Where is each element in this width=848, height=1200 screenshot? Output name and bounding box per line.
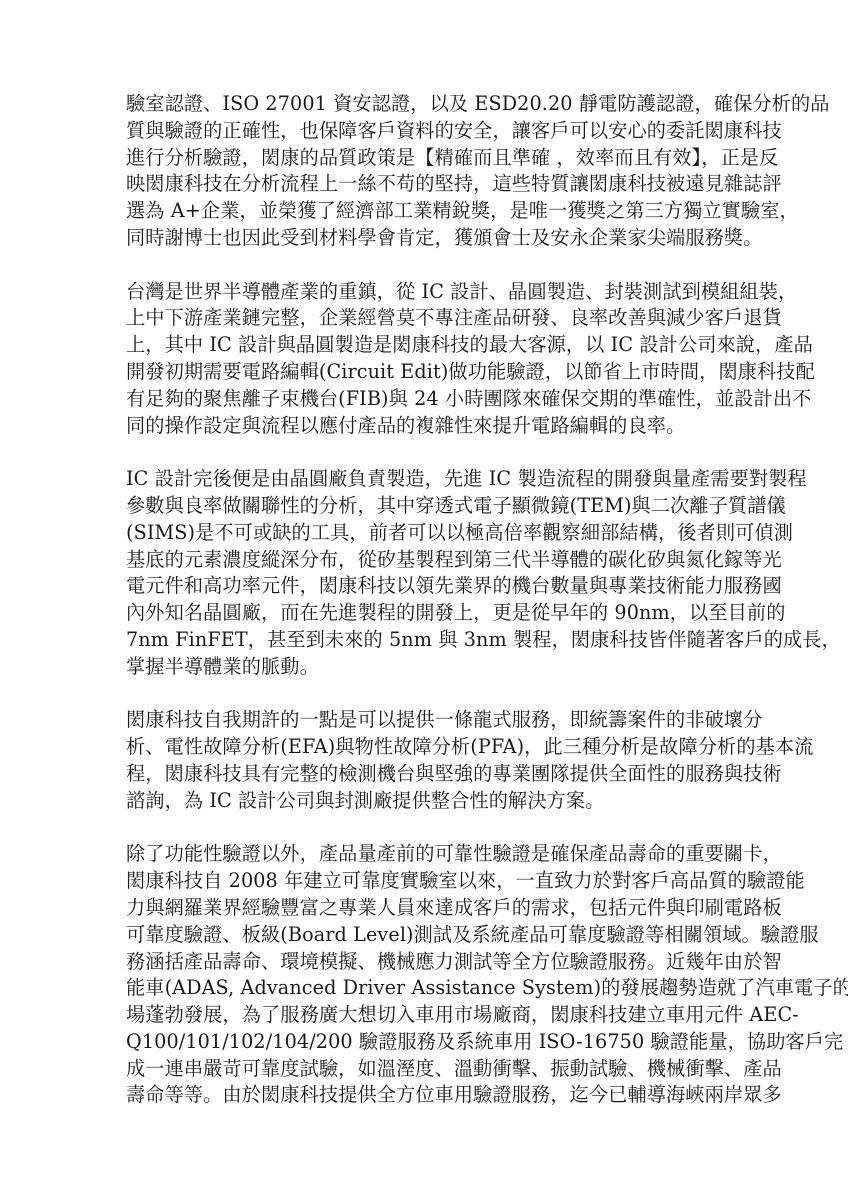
- text-line: 有足夠的聚焦離子束機台(FIB)與 24 小時團隊來確保交期的準確性，並設計出不: [126, 386, 726, 413]
- text-line: 掌握半導體業的脈動。: [126, 654, 726, 681]
- text-line: 諮詢，為 IC 設計公司與封測廠提供整合性的解決方案。: [126, 788, 726, 815]
- text-line: 開發初期需要電路編輯(Circuit Edit)做功能驗證，以節省上市時間，閎康…: [126, 359, 726, 386]
- text-line: 務涵括產品壽命、環境模擬、機械應力測試等全方位驗證服務。近幾年由於智: [126, 949, 726, 976]
- text-line: (SIMS)是不可或缺的工具，前者可以以極高倍率觀察細部結構，後者則可偵測: [126, 520, 726, 547]
- text-line: 內外知名晶圓廠，而在先進製程的開發上，更是從早年的 90nm，以至目前的: [126, 600, 726, 627]
- text-line: 選為 A+企業，並榮獲了經濟部工業精銳獎，是唯一獲獎之第三方獨立實驗室，: [126, 198, 726, 225]
- text-line: 參數與良率做關聯性的分析，其中穿透式電子顯微鏡(TEM)與二次離子質譜儀: [126, 493, 726, 520]
- text-line: 同的操作設定與流程以應付產品的複雜性來提升電路編輯的良率。: [126, 413, 726, 440]
- text-line: 電元件和高功率元件，閎康科技以領先業界的機台數量與專業技術能力服務國: [126, 573, 726, 600]
- text-line: Q100/101/102/104/200 驗證服務及系統車用 ISO-16750…: [126, 1029, 726, 1056]
- paragraph-certifications: 驗室認證、ISO 27001 資安認證，以及 ESD20.20 靜電防護認證，確…: [126, 91, 726, 252]
- text-line: 能車(ADAS, Advanced Driver Assistance Syst…: [126, 975, 726, 1002]
- text-line: 可靠度驗證、板級(Board Level)測試及系統產品可靠度驗證等相關領域。驗…: [126, 922, 726, 949]
- text-line: 程，閎康科技具有完整的檢測機台與堅強的專業團隊提供全面性的服務與技術: [126, 761, 726, 788]
- text-line: IC 設計完後便是由晶圓廠負責製造，先進 IC 製造流程的開發與量產需要對製程: [126, 466, 726, 493]
- text-line: 上，其中 IC 設計與晶圓製造是閎康科技的最大客源，以 IC 設計公司來說，產品: [126, 332, 726, 359]
- text-line: 上中下游產業鏈完整，企業經營莫不專注產品研發、良率改善與減少客戶退貨: [126, 305, 726, 332]
- text-line: 力與網羅業界經驗豐富之專業人員來達成客戶的需求，包括元件與印刷電路板: [126, 895, 726, 922]
- text-line: 基底的元素濃度縱深分布，從矽基製程到第三代半導體的碳化矽與氮化鎵等光: [126, 547, 726, 574]
- paragraph-wafer-fab: IC 設計完後便是由晶圓廠負責製造，先進 IC 製造流程的開發與量產需要對製程 …: [126, 466, 726, 680]
- text-line: 台灣是世界半導體產業的重鎮，從 IC 設計、晶圓製造、封裝測試到模組組裝，: [126, 279, 726, 306]
- text-line: 閎康科技自 2008 年建立可靠度實驗室以來，一直致力於對客戶高品質的驗證能: [126, 868, 726, 895]
- document-page: 驗室認證、ISO 27001 資安認證，以及 ESD20.20 靜電防護認證，確…: [126, 91, 726, 1136]
- text-line: 驗室認證、ISO 27001 資安認證，以及 ESD20.20 靜電防護認證，確…: [126, 91, 726, 118]
- text-line: 場蓬勃發展，為了服務廣大想切入車用市場廠商，閎康科技建立車用元件 AEC-: [126, 1002, 726, 1029]
- text-line: 質與驗證的正確性，也保障客戶資料的安全，讓客戶可以安心的委託閎康科技: [126, 118, 726, 145]
- paragraph-one-stop-service: 閎康科技自我期許的一點是可以提供一條龍式服務，即統籌案件的非破壞分 析、電性故障…: [126, 707, 726, 814]
- text-line: 同時謝博士也因此受到材料學會肯定，獲頒會士及安永企業家尖端服務獎。: [126, 225, 726, 252]
- text-line: 映閎康科技在分析流程上一絲不苟的堅持，這些特質讓閎康科技被遠見雜誌評: [126, 171, 726, 198]
- text-line: 除了功能性驗證以外，產品量產前的可靠性驗證是確保產品壽命的重要關卡，: [126, 841, 726, 868]
- text-line: 7nm FinFET，甚至到未來的 5nm 與 3nm 製程，閎康科技皆伴隨著客…: [126, 627, 726, 654]
- paragraph-reliability: 除了功能性驗證以外，產品量產前的可靠性驗證是確保產品壽命的重要關卡， 閎康科技自…: [126, 841, 726, 1109]
- text-line: 閎康科技自我期許的一點是可以提供一條龍式服務，即統籌案件的非破壞分: [126, 707, 726, 734]
- text-line: 進行分析驗證，閎康的品質政策是【精確而且準確 ，效率而且有效】，正是反: [126, 145, 726, 172]
- text-line: 成一連串嚴苛可靠度試驗，如溫溼度、溫動衝擊、振動試驗、機械衝擊、產品: [126, 1056, 726, 1083]
- text-line: 壽命等等。由於閎康科技提供全方位車用驗證服務，迄今已輔導海峽兩岸眾多: [126, 1082, 726, 1109]
- text-line: 析、電性故障分析(EFA)與物性故障分析(PFA)，此三種分析是故障分析的基本流: [126, 734, 726, 761]
- paragraph-ic-design: 台灣是世界半導體產業的重鎮，從 IC 設計、晶圓製造、封裝測試到模組組裝， 上中…: [126, 279, 726, 440]
